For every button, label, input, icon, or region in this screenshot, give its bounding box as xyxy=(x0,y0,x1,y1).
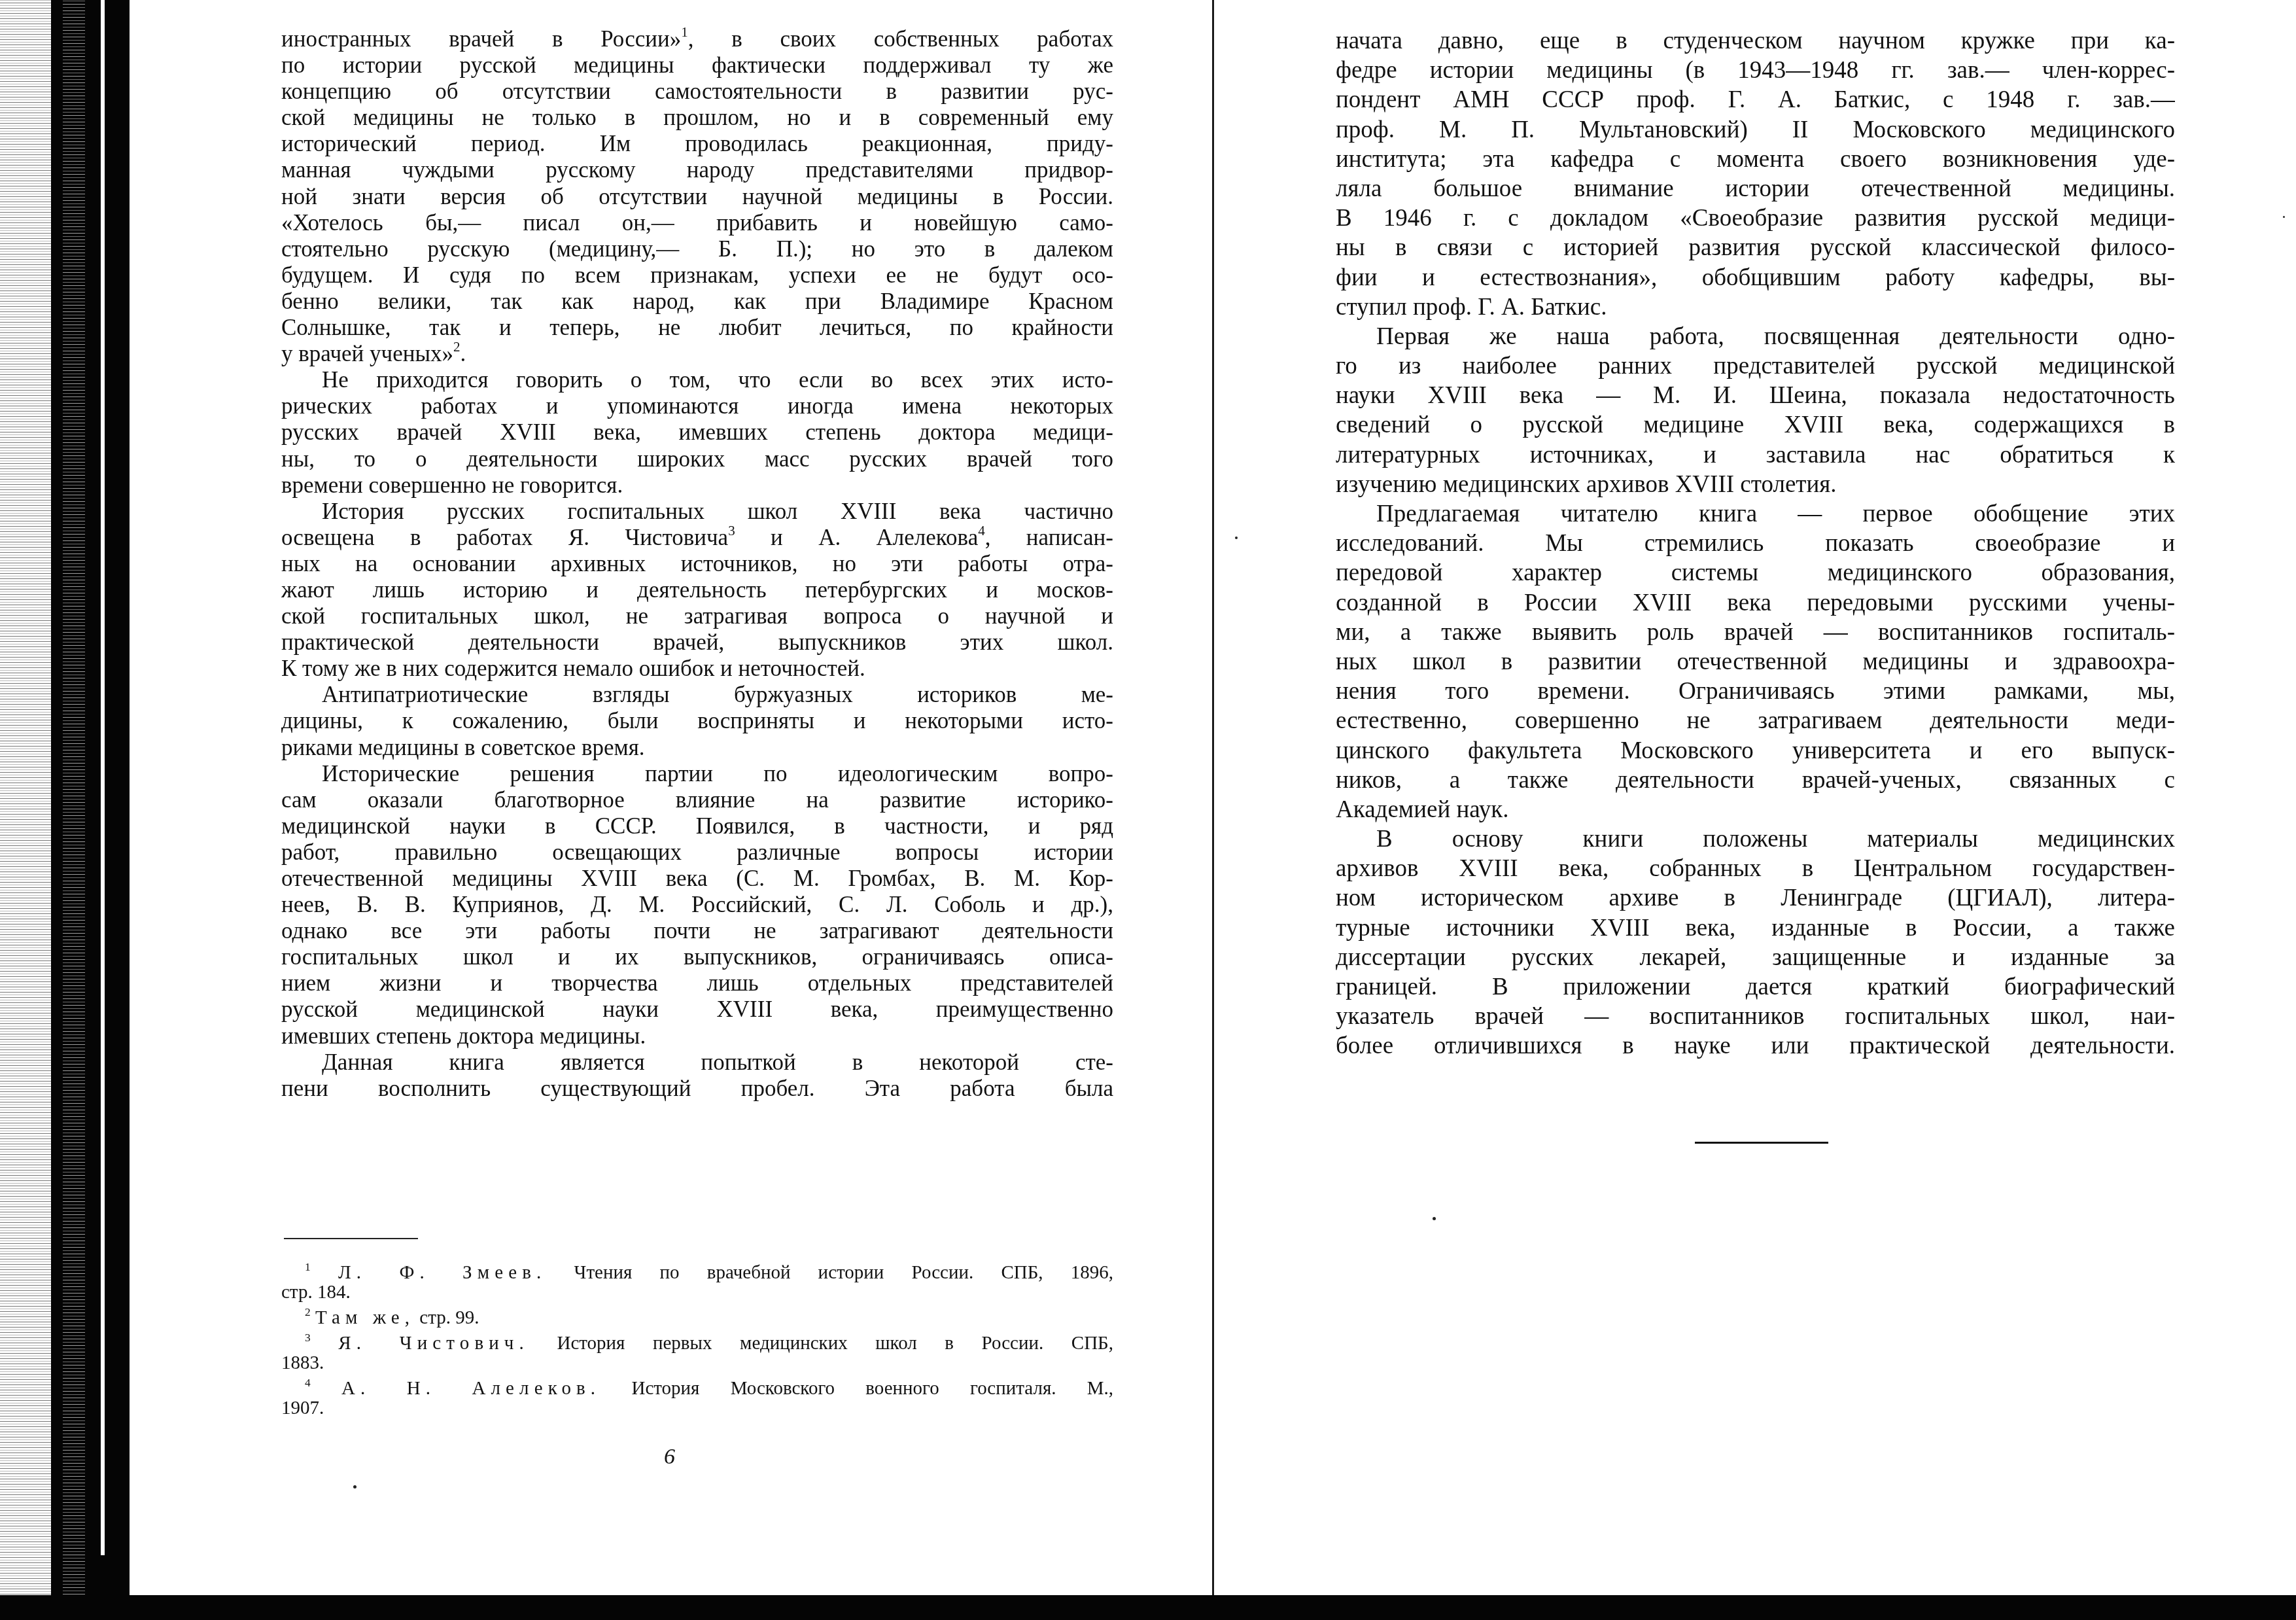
text-line: Первая же наша работа, посвященная деяте… xyxy=(1336,322,2175,351)
text-line: ников, а также деятельности врачей-учены… xyxy=(1336,766,2175,795)
text-line: иностранных врачей в России»1, в своих с… xyxy=(281,26,1113,52)
text-line: госпитальных школ и их выпускников, огра… xyxy=(281,944,1113,970)
text-line: медицинской науки в СССР. Появился, в ча… xyxy=(281,813,1113,839)
scan-bottom-border xyxy=(0,1595,2296,1620)
text-line: работ, правильно освещающих различные во… xyxy=(281,839,1113,866)
text-line: проф. М. П. Мультановский) II Московског… xyxy=(1336,115,2175,145)
text-line: ской госпитальных школ, не затрагивая во… xyxy=(281,603,1113,629)
text-line: по истории русской медицины фактически п… xyxy=(281,52,1113,79)
text-line: турные источники XVIII века, изданные в … xyxy=(1336,913,2175,943)
footnote-ref: 3 xyxy=(728,525,735,538)
text-line: Академией наук. xyxy=(1336,795,2175,824)
text-line: ных на основании архивных источников, но… xyxy=(281,551,1113,577)
text-line: освещена в работах Я. Чистовича3 и А. Ал… xyxy=(281,525,1113,551)
page-number: 6 xyxy=(664,1445,675,1470)
text-line: изучению медицинских архивов XVIII столе… xyxy=(1336,470,2175,499)
text-line: Исторические решения партии по идеологич… xyxy=(281,761,1113,787)
text-line: русских врачей XVIII века, имевших степе… xyxy=(281,419,1113,446)
text-line: Антипатриотические взгляды буржуазных ис… xyxy=(281,682,1113,708)
chapter-end-rule xyxy=(1695,1142,1828,1144)
text-line: начата давно, еще в студенческом научном… xyxy=(1336,26,2175,56)
text-line: ных школ в развитии отечественной медици… xyxy=(1336,647,2175,677)
scan-speck xyxy=(1433,1217,1436,1220)
text-line: времени совершенно не говорится. xyxy=(281,472,1113,499)
left-page-body: иностранных врачей в России»1, в своих с… xyxy=(281,26,1113,1102)
scan-left-border xyxy=(51,0,130,1620)
text-line: В основу книги положены материалы медици… xyxy=(1336,824,2175,854)
footnote-ref: 4 xyxy=(978,525,985,538)
text-line: будущем. И судя по всем признакам, успех… xyxy=(281,262,1113,289)
text-line: исторический период. Им проводилась реак… xyxy=(281,131,1113,157)
scan-speck xyxy=(1235,537,1238,539)
text-line: науки XVIII века — М. И. Шеина, показала… xyxy=(1336,381,2175,410)
scan-speck xyxy=(353,1485,357,1488)
text-line: однако все эти работы почти не затрагива… xyxy=(281,918,1113,944)
text-line: рических работах и упоминаются иногда им… xyxy=(281,393,1113,419)
footnote-2-line-1: 2 Там же, стр. 99. xyxy=(281,1308,1113,1328)
text-line: ном историческом архиве в Ленинграде (ЦГ… xyxy=(1336,883,2175,913)
text-line: института; эта кафедра с момента своего … xyxy=(1336,145,2175,174)
text-line: сведений о русской медицине XVIII века, … xyxy=(1336,410,2175,440)
scan-speck xyxy=(2283,216,2285,218)
text-line: ляла большое внимание истории отечествен… xyxy=(1336,174,2175,203)
footnote-separator xyxy=(284,1238,418,1239)
text-line: русской медицинской науки XVIII века, пр… xyxy=(281,996,1113,1023)
text-line: К тому же в них содержится немало ошибок… xyxy=(281,656,1113,682)
text-line: Данная книга является попыткой в некотор… xyxy=(281,1049,1113,1076)
text-line: отечественной медицины XVIII века (С. М.… xyxy=(281,866,1113,892)
text-line: указатель врачей — воспитанников госпита… xyxy=(1336,1002,2175,1031)
text-line: сам оказали благотворное влияние на разв… xyxy=(281,787,1113,813)
text-line: естественно, совершенно не затрагиваем д… xyxy=(1336,706,2175,735)
text-line: пени восполнить существующий пробел. Эта… xyxy=(281,1076,1113,1102)
text-line: ной знати версия об отсутствии научной м… xyxy=(281,184,1113,210)
text-line: История русских госпитальных школ XVIII … xyxy=(281,499,1113,525)
text-line: литературных источниках, и заставила нас… xyxy=(1336,440,2175,470)
text-line: пондент АМН СССР проф. Г. А. Баткис, с 1… xyxy=(1336,85,2175,114)
text-line: В 1946 г. с докладом «Своеобразие развит… xyxy=(1336,203,2175,233)
text-line: фии и естествознания», обобщившим работу… xyxy=(1336,263,2175,292)
text-line: ны в связи с историей развития русской к… xyxy=(1336,233,2175,262)
text-line: исследований. Мы стремились показать сво… xyxy=(1336,529,2175,558)
text-line: передовой характер системы медицинского … xyxy=(1336,558,2175,588)
text-line: федре истории медицины (в 1943—1948 гг. … xyxy=(1336,56,2175,85)
footnote-3-line-1: 3 Я. Чистович. История первых медицински… xyxy=(281,1333,1113,1353)
text-line: бенно велики, так как народ, как при Вла… xyxy=(281,289,1113,315)
footnote-3-line-2: 1883. xyxy=(281,1353,1113,1373)
text-line: у врачей ученых»2. xyxy=(281,341,1113,367)
text-line: созданной в России XVIII века передовыми… xyxy=(1336,588,2175,618)
footnote-1-line-1: 1 Л. Ф. Змеев. Чтения по врачебной истор… xyxy=(281,1263,1113,1282)
text-line: ми, а также выявить роль врачей — воспит… xyxy=(1336,618,2175,647)
text-line: имевших степень доктора медицины. xyxy=(281,1023,1113,1049)
text-line: диссертации русских лекарей, защищенные … xyxy=(1336,943,2175,972)
text-line: нием жизни и творчества лишь отдельных п… xyxy=(281,970,1113,996)
text-line: цинского факультета Московского универси… xyxy=(1336,736,2175,766)
text-line: дицины, к сожалению, были восприняты и н… xyxy=(281,708,1113,734)
text-line: «Хотелось бы,— писал он,— прибавить и но… xyxy=(281,210,1113,236)
text-line: Солнышке, так и теперь, не любит лечитьс… xyxy=(281,315,1113,341)
text-line: архивов XVIII века, собранных в Централь… xyxy=(1336,854,2175,883)
text-line: го из наиболее ранних представителей рус… xyxy=(1336,351,2175,381)
footnote-4-line-1: 4 А. Н. Алелеков. История Московского во… xyxy=(281,1379,1113,1398)
text-line: более отличившихся в науке или практичес… xyxy=(1336,1031,2175,1061)
footnote-4-line-2: 1907. xyxy=(281,1398,1113,1418)
text-line: концепцию об отсутствии самостоятельност… xyxy=(281,79,1113,105)
scan-edge-speckle xyxy=(0,0,52,1620)
text-line: границей. В приложении дается краткий би… xyxy=(1336,972,2175,1002)
text-line: манная чуждыми русскому народу представи… xyxy=(281,157,1113,183)
text-line: практической деятельности врачей, выпуск… xyxy=(281,629,1113,656)
footnote-ref: 2 xyxy=(453,341,461,355)
text-line: нения того времени. Ограничиваясь этими … xyxy=(1336,677,2175,706)
text-line: неев, В. В. Куприянов, Д. М. Российский,… xyxy=(281,892,1113,918)
text-line: ны, то о деятельности широких масс русск… xyxy=(281,446,1113,472)
footnote-ref: 1 xyxy=(681,26,688,40)
text-line: ступил проф. Г. А. Баткис. xyxy=(1336,292,2175,322)
book-gutter-line xyxy=(1212,0,1214,1596)
text-line: стоятельно русскую (медицину,— Б. П.); н… xyxy=(281,236,1113,262)
text-line: риками медицины в советское время. xyxy=(281,735,1113,761)
footnotes: 1 Л. Ф. Змеев. Чтения по врачебной истор… xyxy=(281,1263,1113,1418)
right-page-body: начата давно, еще в студенческом научном… xyxy=(1336,26,2175,1061)
text-line: Предлагаемая читателю книга — первое обо… xyxy=(1336,499,2175,529)
text-line: Не приходится говорить о том, что если в… xyxy=(281,367,1113,393)
text-line: жают лишь историю и деятельность петербу… xyxy=(281,577,1113,603)
footnote-1-line-2: стр. 184. xyxy=(281,1282,1113,1302)
text-line: ской медицины не только в прошлом, но и … xyxy=(281,105,1113,131)
